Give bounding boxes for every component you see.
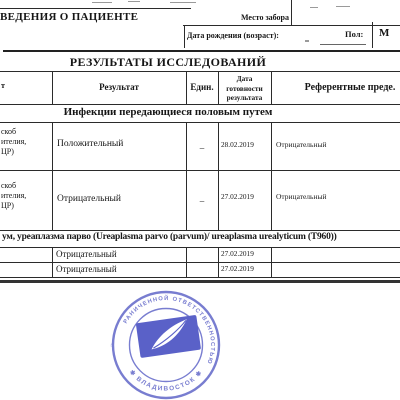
table-rule bbox=[186, 247, 187, 277]
table-rule bbox=[186, 122, 187, 230]
table-rule bbox=[0, 170, 400, 171]
scan-artifact bbox=[128, 1, 140, 2]
table-rule bbox=[0, 262, 400, 263]
row2-reference: Отрицательный bbox=[276, 193, 327, 202]
company-stamp: РАНИЧЕННОЙ ОТВЕТСТВЕННОСТЬЮ ✱ ВЛАДИВОСТО… bbox=[106, 287, 226, 400]
field-divider bbox=[184, 25, 185, 48]
patient-section-bottom-rule bbox=[3, 50, 400, 52]
table-rule bbox=[52, 122, 53, 230]
table-rule bbox=[0, 230, 400, 231]
rule-above-patient-title bbox=[0, 8, 191, 9]
row4-date: 27.02.2019 bbox=[221, 265, 254, 273]
row2-specimen: скоб ителия, ЦР) bbox=[1, 181, 26, 211]
sex-label: Пол: bbox=[345, 30, 363, 40]
column-header-material-fragment: т bbox=[1, 81, 5, 90]
row1-reference: Отрицательный bbox=[276, 141, 327, 150]
column-header-reference: Референтные преде. bbox=[271, 82, 400, 94]
table-rule bbox=[0, 104, 400, 105]
table-rule bbox=[218, 247, 219, 277]
scanned-lab-report: ВЕДЕНИЯ О ПАЦИЕНТЕ Место забора Дата рож… bbox=[0, 0, 400, 400]
column-header-date: Дата готовности результата bbox=[218, 74, 271, 103]
table-rule bbox=[271, 247, 272, 277]
dob-label: Дата рождения (возраст): bbox=[187, 31, 279, 40]
dob-row-top-rule bbox=[183, 25, 400, 26]
field-divider bbox=[291, 0, 292, 26]
row1-date: 28.02.2019 bbox=[221, 141, 254, 149]
scan-artifact-line bbox=[320, 44, 366, 45]
table-rule bbox=[0, 277, 400, 278]
table-rule bbox=[52, 247, 53, 277]
row2-result: Отрицательный bbox=[57, 194, 121, 205]
row3-date: 27.02.2019 bbox=[221, 250, 254, 258]
scan-artifact bbox=[305, 40, 309, 42]
row1-units: – bbox=[186, 143, 218, 153]
section-header-sti: Инфекции передающиеся половым путем bbox=[0, 106, 336, 119]
scan-artifact bbox=[336, 6, 350, 7]
section-header-ureaplasma: ум, уреаплазма парво (Ureaplasma parvo (… bbox=[2, 232, 337, 243]
results-title: РЕЗУЛЬТАТЫ ИССЛЕДОВАНИЙ bbox=[18, 56, 318, 70]
stamp-center-logo bbox=[136, 315, 201, 358]
table-rule bbox=[0, 247, 400, 248]
scan-artifact bbox=[310, 7, 318, 8]
table-rule bbox=[0, 71, 400, 72]
row1-specimen: скоб ителия, ЦР) bbox=[1, 127, 26, 157]
collection-place-label: Место забора bbox=[200, 13, 289, 22]
row2-date: 27.02.2019 bbox=[221, 193, 254, 201]
row1-result: Положительный bbox=[57, 139, 123, 150]
row3-result: Отрицательный bbox=[56, 249, 117, 259]
sex-value: М bbox=[379, 27, 389, 40]
row2-units: – bbox=[186, 196, 218, 206]
stamp-left-faded-letters: ш bbox=[109, 342, 116, 347]
table-rule bbox=[218, 122, 219, 230]
stamp-arc-bottom-text: ✱ ВЛАДИВОСТОК ✱ bbox=[128, 369, 205, 393]
scan-artifact bbox=[170, 2, 196, 3]
column-header-units: Един. bbox=[186, 82, 218, 92]
scan-artifact bbox=[92, 2, 112, 3]
patient-section-title: ВЕДЕНИЯ О ПАЦИЕНТЕ bbox=[0, 11, 138, 24]
table-rule bbox=[271, 122, 272, 230]
row4-result: Отрицательный bbox=[56, 264, 117, 274]
table-bottom-thick-rule bbox=[0, 280, 400, 283]
column-header-result: Результат bbox=[52, 82, 186, 92]
field-divider bbox=[372, 22, 373, 48]
table-rule bbox=[0, 122, 400, 123]
